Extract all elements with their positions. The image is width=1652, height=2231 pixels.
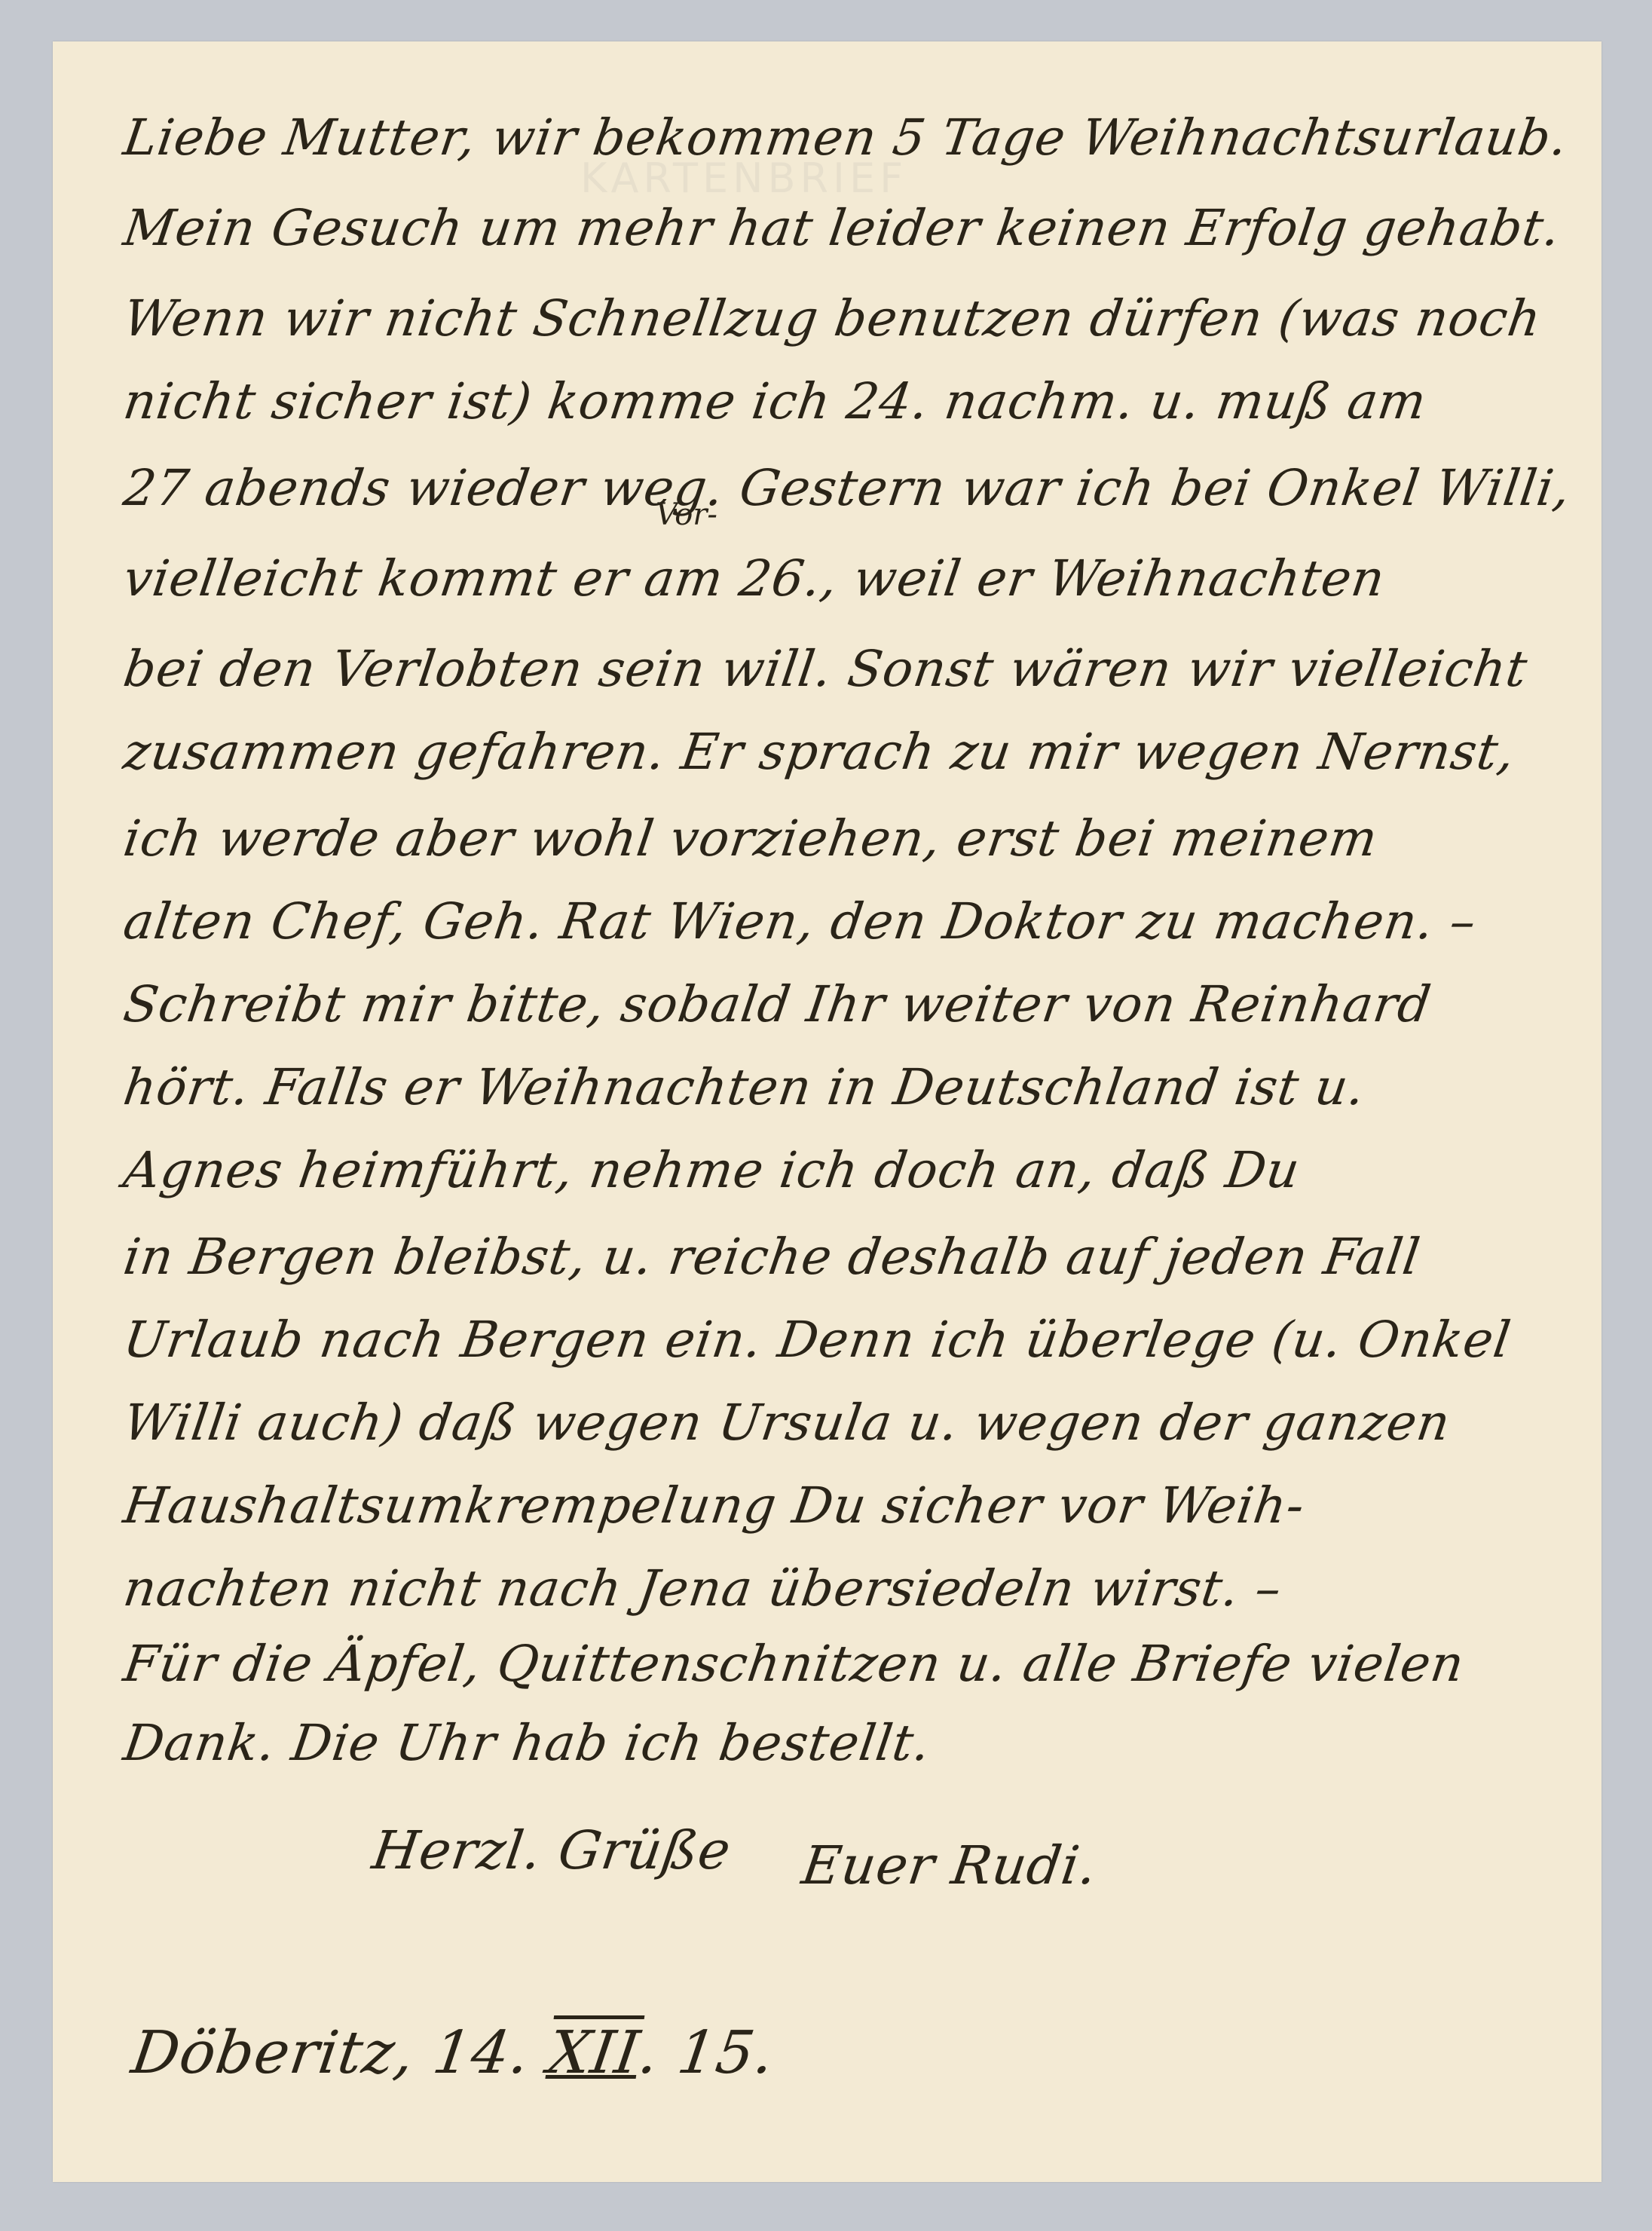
letter-line-6: vielleicht kommt er am 26., weil er Weih… [121, 554, 1388, 604]
dateline-year: 15. [674, 2019, 779, 2087]
letter-line-13: Agnes heimführt, nehme ich doch an, daß … [121, 1146, 1303, 1195]
perforated-edge-right [1596, 41, 1607, 2182]
perforated-edge-top [53, 36, 1602, 47]
letter-line-14: in Bergen bleibst, u. reiche deshalb auf… [121, 1232, 1423, 1282]
perforated-edge-left [47, 41, 58, 2182]
letter-sheet: KARTENBRIEF Liebe Mutter, wir bekommen 5… [53, 41, 1602, 2182]
letter-line-9: ich werde aber wohl vorziehen, erst bei … [121, 814, 1381, 864]
letter-line-15: Urlaub nach Bergen ein. Denn ich überleg… [121, 1315, 1514, 1365]
letter-line-20: Dank. Die Uhr hab ich bestellt. [121, 1718, 934, 1768]
dateline-place: Döberitz, [127, 2019, 419, 2087]
letter-line-5: 27 abends wieder weg. Gestern war ich be… [121, 464, 1574, 513]
letter-line-10: alten Chef, Geh. Rat Wien, den Doktor zu… [121, 897, 1479, 947]
closing-greeting: Herzl. Grüße [369, 1824, 734, 1877]
letter-line-16: Willi auch) daß wegen Ursula u. wegen de… [121, 1398, 1454, 1448]
letter-line-7: bei den Verlobten sein will. Sonst wären… [121, 644, 1531, 694]
letter-line-11: Schreibt mir bitte, sobald Ihr weiter vo… [121, 980, 1434, 1030]
letter-line-17: Haushaltsumkrempelung Du sicher vor Weih… [121, 1481, 1308, 1531]
letter-line-3: Wenn wir nicht Schnellzug benutzen dürfe… [121, 294, 1544, 344]
dateline: Döberitz, 14. XII. 15. [128, 2024, 778, 2083]
letter-line-2: Mein Gesuch um mehr hat leider keinen Er… [121, 204, 1564, 253]
letter-line-18: nachten nicht nach Jena übersiedeln wirs… [121, 1564, 1285, 1614]
letter-line-1: Liebe Mutter, wir bekommen 5 Tage Weihna… [121, 113, 1571, 163]
insertion-vor: Vor- [656, 497, 717, 532]
letter-line-8: zusammen gefahren. Er sprach zu mir wege… [121, 727, 1518, 777]
signature: Euer Rudi. [799, 1839, 1100, 1892]
letter-line-19: Für die Äpfel, Quittenschnitzen u. alle … [121, 1639, 1467, 1689]
dateline-month: XII [544, 2019, 644, 2087]
dateline-day: 14. [429, 2019, 534, 2087]
perforated-edge-bottom [53, 2177, 1602, 2187]
letter-line-4: nicht sicher ist) komme ich 24. nachm. u… [121, 377, 1430, 427]
letter-line-12: hört. Falls er Weihnachten in Deutschlan… [121, 1063, 1368, 1112]
